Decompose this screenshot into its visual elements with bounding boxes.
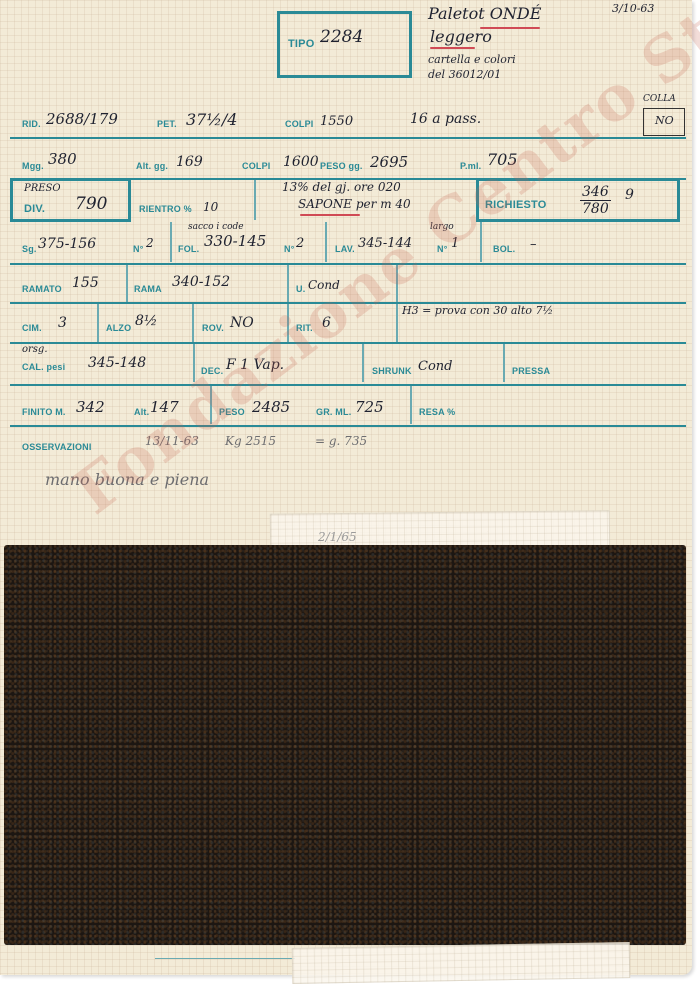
vline-r7-3: [503, 344, 505, 382]
finito-label: FINITO M.: [22, 407, 66, 417]
alzo-label: ALZO: [106, 323, 131, 333]
mgg-value: 380: [48, 150, 77, 168]
row1-note: 16 a pass.: [410, 111, 481, 127]
div-value: 790: [75, 194, 107, 214]
divider-1: [10, 137, 686, 139]
dec-label: DEC.: [201, 366, 223, 376]
vline-r4-3: [480, 222, 482, 262]
divider-4: [10, 263, 686, 265]
n3-value: 1: [451, 236, 459, 251]
rid-value: 2688/179: [46, 110, 118, 128]
dec-value: F 1 Vap.: [226, 357, 284, 373]
rov-label: ROV.: [202, 323, 224, 333]
rama-label: RAMA: [134, 284, 162, 294]
osservazioni-label: OSSERVAZIONI: [22, 442, 92, 452]
vline-r7-2: [362, 344, 364, 382]
bol-label: BOL.: [493, 244, 515, 254]
sapone-underline: [300, 214, 360, 216]
vline-r8-1: [210, 386, 212, 424]
div-label: DIV.: [24, 203, 45, 215]
header-note-line2: del 36012/01: [428, 68, 501, 81]
divider-5: [10, 302, 686, 304]
rientro-label: RIENTRO %: [139, 204, 192, 214]
vline-r6-3: [287, 304, 289, 342]
vline-r4-1: [170, 222, 172, 262]
fol-note: sacco i code: [188, 222, 244, 232]
cal-label: CAL. pesi: [22, 362, 65, 372]
obs-result: = g. 735: [315, 434, 367, 448]
rientro-note-line2: SAPONE per m 40: [298, 197, 411, 211]
peso-label: PESO: [219, 407, 245, 417]
pressa-label: PRESSA: [512, 366, 550, 376]
shrunk-value: Cond: [418, 359, 452, 374]
rientro-note-line1: 13% del gj. ore 020: [282, 180, 401, 194]
fol-value: 330-145: [204, 232, 266, 250]
alzo-value: 8½: [135, 313, 157, 329]
header-date: 3/10-63: [612, 2, 654, 15]
rov-value: NO: [230, 315, 254, 331]
finito-alt-label: Alt.: [134, 407, 149, 417]
lav-note: largo: [430, 222, 454, 232]
tape-strip-bottom: [292, 942, 631, 984]
article-title-line1: Paletot ONDÉ: [428, 4, 541, 23]
mgg-label: Mgg.: [22, 161, 44, 171]
vline-r6-1: [97, 304, 99, 342]
n2-label: N°: [284, 244, 295, 254]
alt-gg-value: 169: [176, 154, 203, 170]
textile-record-card: TIPO 2284 Paletot ONDÉ leggero cartella …: [0, 0, 692, 975]
n2-value: 2: [296, 236, 304, 251]
lav-label: LAV.: [335, 244, 355, 254]
richiesto-extra: 9: [625, 187, 634, 203]
header-note-line1: cartella e colori: [428, 53, 516, 66]
bottom-line: [155, 958, 295, 959]
colpi-value-1: 1550: [320, 114, 353, 129]
fol-label: FOL.: [178, 244, 199, 254]
ramato-label: RAMATO: [22, 284, 62, 294]
title2-underline: [430, 47, 475, 49]
grml-value: 725: [355, 398, 384, 416]
richiesto-numerator: 346: [580, 184, 611, 201]
sg-value: 375-156: [38, 236, 96, 252]
divider-8: [10, 425, 686, 427]
vline-r5-2: [287, 265, 289, 302]
rid-label: RID.: [22, 119, 41, 129]
pet-label: PET.: [157, 119, 177, 129]
sg-label: Sg.: [22, 244, 37, 254]
tipo-label: TIPO: [288, 38, 314, 50]
peso-gg-value: 2695: [370, 153, 408, 171]
rama-value: 340-152: [172, 274, 230, 290]
colpi-label-1: COLPI: [285, 119, 314, 129]
divider-7: [10, 384, 686, 386]
obs-date: 13/11-63: [145, 434, 199, 448]
rit-label: RIT.: [296, 323, 313, 333]
colpi-label-2: COLPI: [242, 161, 271, 171]
pml-value: 705: [487, 150, 518, 169]
bol-value: –: [530, 237, 537, 252]
lav-value: 345-144: [358, 236, 412, 251]
cim-value: 3: [58, 315, 67, 331]
richiesto-fraction: 346 780: [580, 184, 611, 217]
vline-r7-1: [193, 344, 195, 382]
n3-label: N°: [437, 244, 448, 254]
vline-r4-2: [325, 222, 327, 262]
rit-value: 6: [322, 315, 331, 331]
n1-value: 2: [146, 236, 154, 250]
finito-alt-value: 147: [150, 398, 179, 416]
shrunk-label: SHRUNK: [372, 366, 412, 376]
resa-label: RESA %: [419, 407, 455, 417]
vline-r3-1: [254, 180, 256, 220]
ramato-value: 155: [72, 275, 99, 291]
vline-r8-2: [410, 386, 412, 424]
fabric-swatch: [4, 545, 686, 945]
cal-value: 345-148: [88, 355, 146, 371]
cim-label: CIM.: [22, 323, 42, 333]
tape-note: 2/1/65: [318, 530, 357, 544]
preso-note: PRESO: [24, 183, 61, 194]
pml-label: P.ml.: [460, 161, 481, 171]
peso-gg-label: PESO gg.: [320, 161, 363, 171]
grml-label: GR. ML.: [316, 407, 351, 417]
pet-value: 37½/4: [186, 110, 237, 129]
ucond-value: Cond: [308, 278, 340, 292]
finito-value: 342: [76, 398, 105, 416]
n1-label: N°: [133, 244, 144, 254]
peso-value: 2485: [252, 398, 290, 416]
row6-note: H3 = prova con 30 alto 7½: [402, 304, 553, 317]
richiesto-label: RICHIESTO: [485, 199, 547, 211]
vline-r5-1: [126, 265, 128, 302]
rientro-value: 10: [203, 200, 218, 214]
colpi-value-2: 1600: [283, 154, 319, 170]
ucond-label: U.: [296, 284, 305, 294]
obs-line2: mano buona e piena: [45, 470, 209, 489]
colla-label: COLLA: [643, 94, 676, 104]
divider-6: [10, 342, 686, 344]
cal-note: orsg.: [22, 344, 48, 355]
alt-gg-label: Alt. gg.: [136, 161, 168, 171]
tipo-value: 2284: [320, 27, 363, 47]
vline-r6-2: [192, 304, 194, 342]
article-title-line2: leggero: [430, 27, 492, 46]
colla-value: NO: [655, 114, 674, 127]
richiesto-denominator: 780: [580, 201, 611, 217]
obs-weight: Kg 2515: [225, 434, 276, 448]
